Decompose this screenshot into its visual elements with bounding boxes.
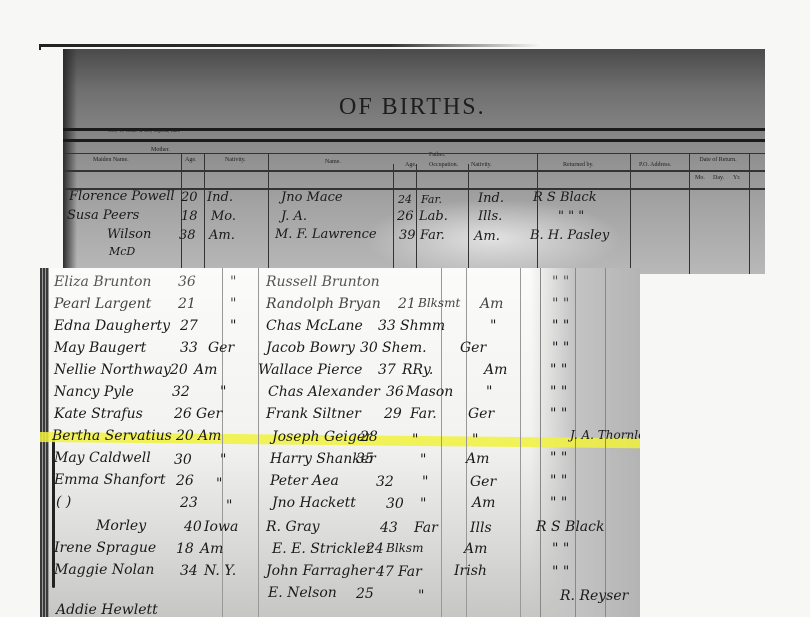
father-age: 30: [386, 496, 404, 512]
father-name: Russell Brunton: [266, 274, 380, 290]
occupation: Blksm: [386, 541, 423, 555]
occupation: Far.: [410, 406, 437, 422]
mother-nativity: ": [230, 274, 236, 290]
grid-line: [268, 153, 269, 274]
mother-nativity: Iowa: [204, 519, 238, 535]
header-mother-nativity: Nativity.: [225, 157, 246, 163]
mother-nativity: N. Y.: [204, 563, 236, 579]
father-age: 32: [376, 474, 394, 490]
grid-line: [63, 153, 765, 154]
father-nativity: Ills: [470, 520, 492, 536]
page-top-rule-tick: [39, 44, 41, 50]
father-name: Jno Hackett: [272, 495, 356, 511]
father-nativity: Ger: [470, 474, 496, 490]
returned-by: " ": [552, 564, 569, 580]
header-mother-age: Age.: [185, 157, 197, 163]
mother-nativity: Mo.: [211, 209, 236, 224]
grid-line: [689, 153, 690, 274]
mother-name: Wilson: [107, 227, 151, 242]
mother-name: Morley: [96, 518, 146, 534]
occupation: Shmm: [400, 318, 445, 334]
father-name: Jacob Bowry: [266, 340, 355, 356]
mother-age: 21: [178, 296, 196, 312]
father-nativity: Irish: [454, 563, 487, 579]
mother-age: 18: [181, 209, 198, 224]
returned-by: " ": [552, 318, 569, 334]
mother-nativity: Am: [200, 541, 223, 557]
mother-name: ( ): [56, 494, 71, 510]
mother-age: 26: [174, 406, 192, 422]
grid-line: [605, 268, 606, 617]
father-nativity: Am: [464, 541, 487, 557]
father-nativity: Am: [472, 495, 495, 511]
mother-nativity: ": [230, 318, 236, 334]
father-name: Frank Siltner: [266, 406, 361, 422]
register-upper-fragment: OF BIRTHS. Geo. W. Crane & Co., Topeka, …: [63, 49, 765, 274]
father-name: E. E. Strickler: [272, 541, 372, 557]
grid-line: [204, 153, 205, 274]
grid-line: [63, 170, 765, 172]
mother-age: 20: [170, 362, 188, 378]
father-name: R. Gray: [266, 519, 320, 535]
mother-nativity: Ger: [208, 340, 234, 356]
returned-by: " ": [550, 384, 567, 400]
father-nativity: Am: [484, 362, 507, 378]
father-name: Chas McLane: [266, 318, 363, 334]
occupation: Far: [398, 564, 422, 580]
header-date-yr: Yr.: [733, 175, 741, 181]
father-name: John Farragher: [266, 563, 374, 579]
occupation: ": [420, 496, 426, 512]
occupation: Blksmt: [418, 296, 460, 310]
header-date-day: Day.: [713, 175, 724, 181]
occupation: ": [412, 432, 418, 448]
returned-by: " ": [552, 274, 569, 290]
header-date-of-return: Date of Return.: [693, 157, 743, 163]
shadow: [63, 49, 77, 274]
returned-by: " ": [552, 296, 569, 312]
father-nativity: Ger: [460, 340, 486, 356]
mother-nativity: ": [220, 452, 226, 468]
mother-age: 36: [178, 274, 196, 290]
returned-by: R S Black: [533, 190, 597, 205]
occupation: Lab.: [419, 209, 448, 224]
occupation: Far: [414, 520, 438, 536]
returned-by: " " ": [558, 209, 584, 224]
occupation: Far.: [420, 228, 445, 243]
occupation: RRy.: [402, 362, 433, 378]
father-age: 24: [398, 193, 412, 206]
father-nativity: ": [472, 432, 478, 448]
occupation: ": [418, 588, 424, 604]
mother-name: Eliza Brunton: [54, 274, 151, 290]
father-age: 39: [399, 228, 416, 243]
header-maiden-name: Maiden Name.: [93, 157, 129, 163]
register-title: OF BIRTHS.: [339, 94, 486, 121]
mother-name: Pearl Largent: [54, 296, 151, 312]
mother-nativity: ": [220, 384, 226, 400]
binding-edge: [40, 268, 49, 617]
returned-by: " ": [550, 450, 567, 466]
grid-line: [630, 153, 631, 274]
title-rule-2: [63, 139, 765, 142]
occupation: Mason: [406, 384, 453, 400]
father-nativity: Ind.: [478, 191, 504, 206]
mother-name: Bertha Servatius: [52, 428, 172, 444]
mother-age: 30: [174, 452, 192, 468]
father-nativity: Am: [480, 296, 503, 312]
father-age: 26: [397, 209, 414, 224]
mother-name: Florence Powell: [69, 189, 175, 204]
grid-line: [540, 268, 541, 617]
father-nativity: Am: [466, 451, 489, 467]
mother-name: Emma Shanfort: [54, 472, 165, 488]
mother-age: 34: [180, 563, 198, 579]
occupation: ": [422, 474, 428, 490]
header-date-mo: Mo.: [695, 175, 705, 181]
father-nativity: ": [490, 318, 496, 334]
printer-imprint: Geo. W. Crane & Co., Topeka, Kan.: [108, 129, 180, 134]
mother-age: 32: [172, 384, 190, 400]
mother-name: May Caldwell: [54, 450, 151, 466]
mother-age: 26: [176, 473, 194, 489]
returned-by: R. Reyser: [560, 588, 628, 604]
father-age: 47: [376, 564, 394, 580]
mother-name: Edna Daugherty: [54, 318, 170, 334]
mother-nativity: Ind.: [207, 190, 233, 205]
grid-line: [749, 153, 750, 274]
father-nativity: Ills.: [478, 209, 502, 224]
father-name: J. A.: [281, 209, 307, 224]
father-age: 25: [356, 586, 374, 602]
header-father-age: Age.: [405, 162, 417, 168]
father-age: 37: [378, 362, 396, 378]
header-father-name: Name.: [325, 159, 341, 165]
returned-by: " ": [550, 362, 567, 378]
grid-line: [416, 164, 417, 274]
father-name: Jno Mace: [281, 190, 343, 205]
father-age: 24: [366, 541, 384, 557]
mother-name: Irene Sprague: [54, 540, 156, 556]
mother-name: Nancy Pyle: [54, 384, 134, 400]
father-name: Joseph Geiger: [272, 429, 372, 445]
father-nativity: ": [486, 384, 492, 400]
returned-by: " ": [552, 541, 569, 557]
grid-line: [258, 268, 259, 617]
mother-nativity: ": [230, 296, 236, 312]
header-occupation: Occupation.: [429, 162, 458, 168]
grid-line: [537, 153, 538, 274]
father-nativity: Am.: [474, 229, 500, 244]
father-age: 33: [378, 318, 396, 334]
mother-age: 20: [181, 190, 198, 205]
mother-name: May Baugert: [54, 340, 146, 356]
grid-line: [468, 164, 469, 274]
father-age: 35: [356, 451, 374, 467]
mother-name: Maggie Nolan: [54, 562, 154, 578]
mother-age: 23: [180, 495, 198, 511]
returned-by: " ": [550, 406, 567, 422]
father-age: 30: [360, 340, 378, 356]
register-lower-fragment: Eliza Brunton 36 " Russell Brunton " " P…: [40, 268, 640, 617]
mother-name: Susa Peers: [67, 208, 139, 223]
father-age: 21: [398, 296, 416, 312]
mother-age: 18: [176, 541, 194, 557]
returned-by: J. A. Thornley: [570, 428, 640, 442]
mother-nativity: Am: [194, 362, 217, 378]
father-age: 36: [386, 384, 404, 400]
page-top-rule: [40, 44, 540, 47]
header-returned-by: Returned by.: [563, 162, 594, 168]
mother-nativity: Am: [198, 428, 221, 444]
returned-by: " ": [552, 340, 569, 356]
father-name: Peter Aea: [270, 473, 339, 489]
mother-nativity: Ger: [196, 406, 222, 422]
returned-by: " ": [550, 495, 567, 511]
mother-name: Kate Strafus: [54, 406, 143, 422]
mother-age: 40: [184, 519, 202, 535]
header-father-nativity: Nativity.: [471, 162, 492, 168]
returned-by: B. H. Pasley: [530, 228, 609, 243]
grid-line: [520, 268, 521, 617]
header-po-address: P.O. Address.: [639, 162, 671, 168]
mother-age: 27: [180, 318, 198, 334]
father-age: 43: [380, 520, 398, 536]
father-nativity: Ger: [468, 406, 494, 422]
father-name: Wallace Pierce: [258, 362, 362, 378]
father-name: Chas Alexander: [268, 384, 380, 400]
father-name: Randolph Bryan: [266, 296, 381, 312]
mother-nativity: ": [216, 476, 222, 492]
mother-age: 20: [176, 428, 194, 444]
returned-by: R S Black: [536, 519, 604, 535]
grid-line: [575, 268, 576, 617]
returned-by: " ": [550, 473, 567, 489]
mother-nativity: ": [226, 498, 232, 514]
grid-line: [393, 164, 394, 274]
occupation: Far.: [421, 193, 442, 206]
mother-name: McD: [109, 245, 135, 258]
father-name: E. Nelson: [268, 585, 337, 601]
mother-age: 38: [179, 228, 196, 243]
occupation: Shem.: [382, 340, 427, 356]
father-age: 28: [360, 429, 378, 445]
mother-nativity: Am.: [209, 228, 235, 243]
occupation: ": [420, 452, 426, 468]
mother-age: 33: [180, 340, 198, 356]
mother-name: Nellie Northway: [54, 362, 171, 378]
father-age: 29: [384, 406, 402, 422]
mother-name: Addie Hewlett: [56, 602, 158, 617]
father-name: M. F. Lawrence: [275, 227, 377, 242]
